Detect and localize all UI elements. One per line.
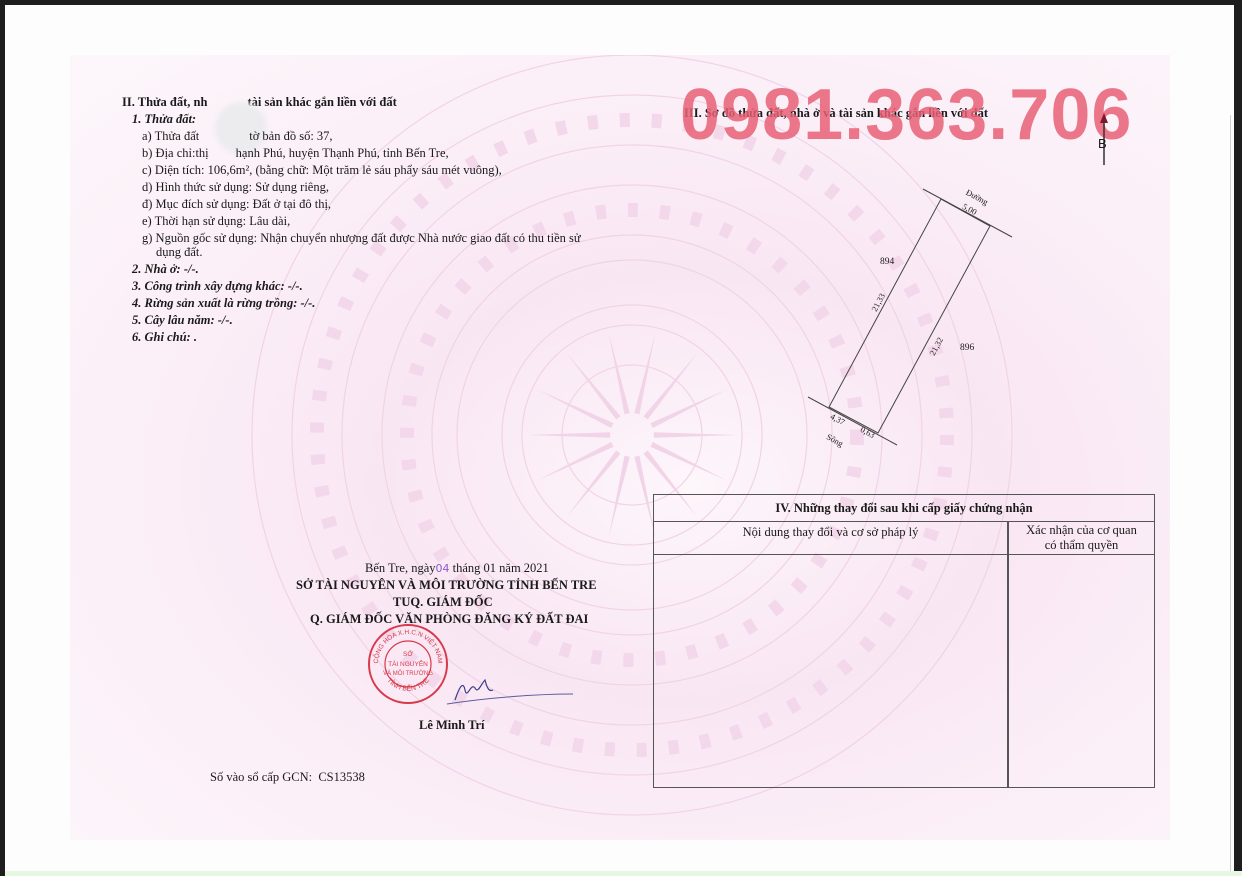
changes-table-header: Nội dung thay đổi và cơ sở pháp lý Xác n…	[654, 521, 1154, 555]
authority-line: TUQ. GIÁM ĐỐC	[393, 595, 493, 610]
handwritten-day: 04	[436, 562, 450, 575]
document-scan: II. Thửa đất, nhtài sản khác gắn liền vớ…	[5, 5, 1234, 871]
issuing-org: SỞ TÀI NGUYÊN VÀ MÔI TRƯỜNG TỈNH BẾN TRE	[296, 578, 597, 593]
neighbor-894: 894	[880, 255, 894, 270]
column-confirmation-line1: Xác nhận của cơ quan	[1009, 523, 1154, 538]
changes-table-title: IV. Những thay đổi sau khi cấp giấy chứn…	[654, 495, 1154, 522]
svg-text:VÀ MÔI TRƯỜNG: VÀ MÔI TRƯỜNG	[383, 670, 433, 677]
north-label: B	[1098, 136, 1107, 151]
neighbor-896: 896	[960, 341, 974, 356]
issue-date: Bến Tre, ngày04 tháng 01 năm 2021	[365, 561, 549, 576]
gcn-number: Số vào sổ cấp GCN: CS13538	[210, 770, 365, 785]
official-stamp: CỘNG HÒA X.H.C.N VIỆT NAM TỈNH BẾN TRE S…	[367, 623, 449, 705]
column-confirmation-header: Xác nhận của cơ quan có thẩm quyền	[1009, 521, 1154, 553]
svg-text:SỞ: SỞ	[403, 649, 413, 658]
column-divider	[1007, 521, 1009, 787]
signer-name: Lê Minh Trí	[419, 718, 485, 733]
column-confirmation-line2: có thẩm quyền	[1009, 538, 1154, 553]
handwritten-signature	[445, 670, 575, 710]
svg-text:TỈNH BẾN TRE: TỈNH BẾN TRE	[385, 677, 431, 693]
signer-title: Q. GIÁM ĐỐC VĂN PHÒNG ĐĂNG KÝ ĐẤT ĐAI	[310, 612, 588, 627]
gcn-value: CS13538	[318, 770, 365, 784]
changes-table: IV. Những thay đổi sau khi cấp giấy chứn…	[653, 494, 1155, 788]
svg-text:TÀI NGUYÊN: TÀI NGUYÊN	[388, 659, 428, 668]
column-content-header: Nội dung thay đổi và cơ sở pháp lý	[654, 521, 1007, 540]
bottom-edge	[5, 871, 1242, 876]
